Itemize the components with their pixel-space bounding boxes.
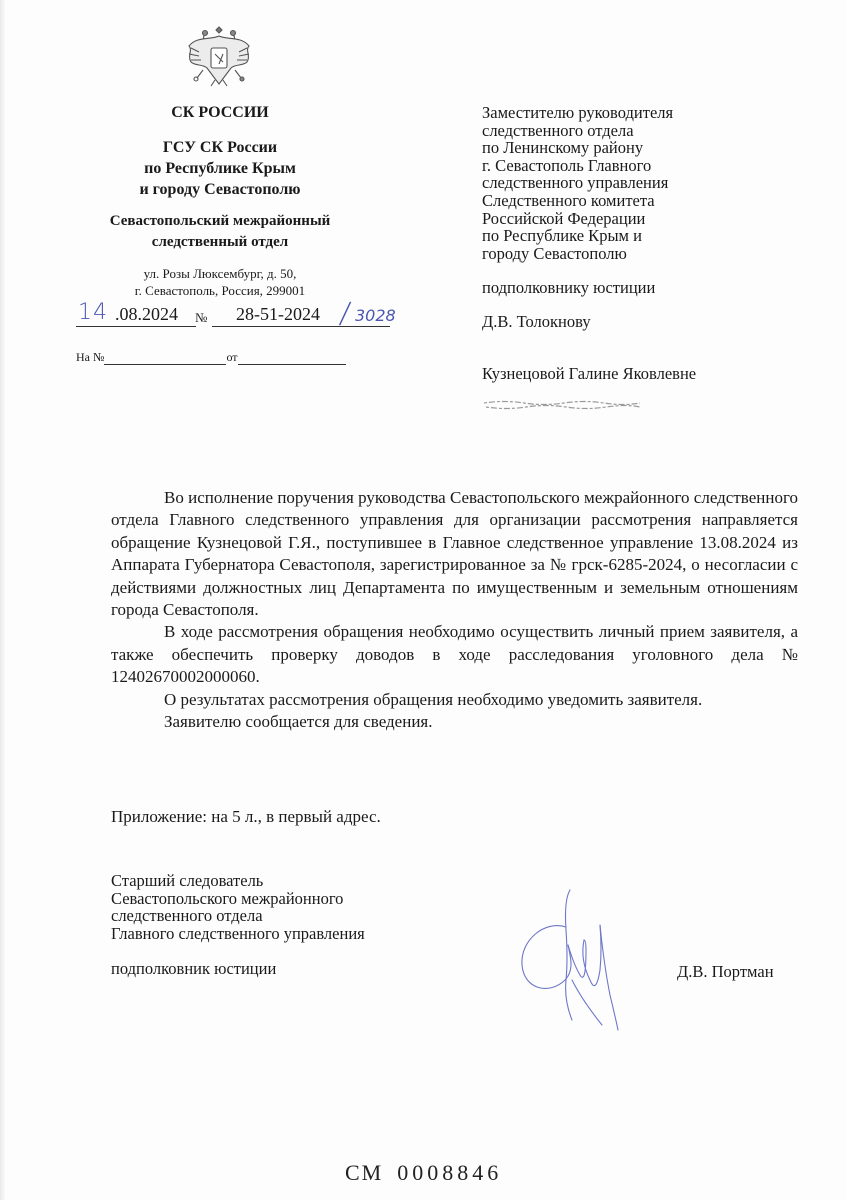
reply-date-blank xyxy=(238,352,346,365)
russian-coat-of-arms-icon xyxy=(183,24,255,90)
department-address: ул. Розы Люксембург, д. 50, г. Севастопо… xyxy=(70,265,370,299)
body-paragraph: О результатах рассмотрения обращения нео… xyxy=(111,689,798,711)
registration-day-handwritten: 14 xyxy=(78,300,108,325)
signer-position-line: Главного следственного управления xyxy=(111,925,365,943)
addressee-line: г. Севастополь Главного xyxy=(482,157,673,175)
body-paragraph: Заявителю сообщается для сведения. xyxy=(111,711,798,733)
signer-position-line: Севастопольского межрайонного xyxy=(111,890,365,908)
addressee-rank: подполковнику юстиции xyxy=(482,278,655,298)
org-main-line: ГСУ СК России xyxy=(70,137,370,158)
department-name: Севастопольский межрайонный следственный… xyxy=(70,211,370,253)
handwritten-signature-icon xyxy=(510,885,630,1035)
serial-series: СМ xyxy=(345,1160,383,1185)
addressee-line: Российской Федерации xyxy=(482,210,673,228)
addressee-line: следственного отдела xyxy=(482,122,673,140)
addressee-line: по Ленинскому району xyxy=(482,139,673,157)
addressee-line: Следственного комитета xyxy=(482,192,673,210)
org-short-name: СК РОССИИ xyxy=(70,104,370,122)
signer-position-line: Старший следователь xyxy=(111,872,365,890)
org-main-line: и городу Севастополю xyxy=(70,179,370,200)
serial-digits: 0008846 xyxy=(397,1160,502,1185)
signer-position: Старший следователь Севастопольского меж… xyxy=(111,872,365,942)
registration-date: .08.2024 xyxy=(115,304,178,325)
body-paragraph: В ходе рассмотрения обращения необходимо… xyxy=(111,621,798,688)
letter-body: Во исполнение поручения руководства Сева… xyxy=(111,487,798,733)
number-sign: № xyxy=(195,310,207,326)
address-line: ул. Розы Люксембург, д. 50, xyxy=(70,265,370,282)
signer-position-line: следственного отдела xyxy=(111,907,365,925)
signer-rank: подполковник юстиции xyxy=(111,959,276,979)
addressee-name: Д.В. Толокнову xyxy=(482,312,591,332)
registration-suffix-handwritten: 3028 xyxy=(355,306,396,325)
form-serial-number: СМ0008846 xyxy=(345,1160,502,1186)
redacted-address xyxy=(482,397,642,411)
signer-name: Д.В. Портман xyxy=(677,962,774,982)
page-edge-shadow xyxy=(0,0,6,1200)
address-line: г. Севастополь, Россия, 299001 xyxy=(70,282,370,299)
department-line: следственный отдел xyxy=(70,232,370,253)
org-main-line: по Республике Крым xyxy=(70,158,370,179)
reply-number-label: На № xyxy=(76,350,104,365)
org-main-name: ГСУ СК России по Республике Крым и город… xyxy=(70,137,370,200)
addressee-line: по Республике Крым и xyxy=(482,227,673,245)
addressee-block: Заместителю руководителя следственного о… xyxy=(482,104,673,262)
addressee-line: следственного управления xyxy=(482,174,673,192)
addressee-line: городу Севастополю xyxy=(482,245,673,263)
attachment-note: Приложение: на 5 л., в первый адрес. xyxy=(111,807,381,827)
reply-from-label: от xyxy=(226,350,237,365)
department-line: Севастопольский межрайонный xyxy=(70,211,370,232)
recipient-name: Кузнецовой Галине Яковлевне xyxy=(482,364,696,384)
reply-number-blank xyxy=(104,352,226,365)
body-paragraph: Во исполнение поручения руководства Сева… xyxy=(111,487,798,621)
addressee-line: Заместителю руководителя xyxy=(482,104,673,122)
reply-reference-row: На № от xyxy=(76,350,346,365)
registration-number: 28-51-2024 xyxy=(236,304,320,325)
document-page: СК РОССИИ ГСУ СК России по Республике Кр… xyxy=(0,0,846,1200)
